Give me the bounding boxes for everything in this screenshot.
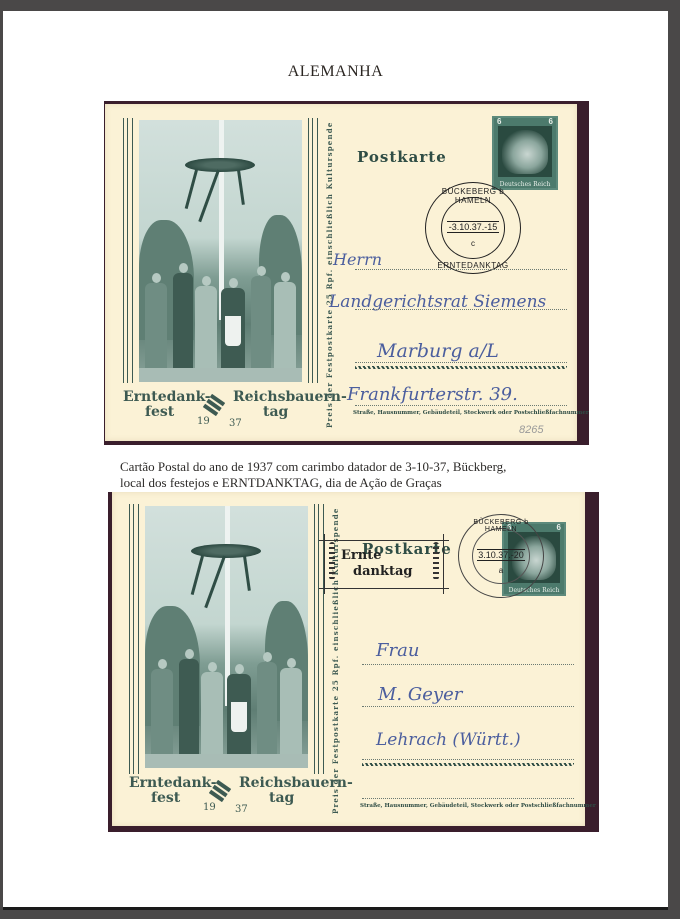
year-left: 19 bbox=[197, 416, 210, 427]
postmark-cancel: BÜCKEBERG b HAMELN 3.10.37.-20 a bbox=[458, 514, 544, 598]
slogan-cancel: Ernte danktag bbox=[324, 534, 444, 594]
album-page: ALEMANHA Erntedank- fest bbox=[3, 11, 668, 910]
pencil-note: 8265 bbox=[519, 424, 543, 436]
caption: Cartão Postal do ano de 1937 com carimbo… bbox=[120, 459, 540, 491]
postmark-cancel: BÜCKEBERG b HAMELN -3.10.37.-15 c ERNTED… bbox=[425, 182, 521, 274]
postkarte-header: Postkarte bbox=[357, 148, 447, 166]
address-line-3: Marburg a/L bbox=[377, 340, 499, 362]
postcard-1: Erntedank- fest 19 37 Reichsbauern- tag … bbox=[105, 104, 577, 441]
address-line-1: Frau bbox=[376, 640, 419, 661]
frame-rules-right bbox=[308, 118, 318, 383]
page-title: ALEMANHA bbox=[3, 63, 668, 81]
portrait-icon bbox=[502, 130, 548, 174]
frame-rules-left bbox=[129, 504, 139, 774]
harvest-festival-photo bbox=[145, 506, 308, 768]
address-line-2: M. Geyer bbox=[378, 684, 462, 705]
emblem-icon bbox=[203, 394, 225, 416]
address-line-4: Frankfurterstr. 39. bbox=[347, 384, 518, 405]
address-caption: Straße, Hausnummer, Gebäudeteil, Stockwe… bbox=[360, 803, 596, 809]
postcard-2: Erntedank- fest 19 37 Reichsbauern- tag … bbox=[112, 492, 585, 826]
frame-rules-right bbox=[314, 504, 324, 774]
year-left: 19 bbox=[203, 802, 216, 813]
postage-stamp: 6 6 Deutsches Reich bbox=[492, 116, 558, 190]
address-line-3: Lehrach (Württ.) bbox=[376, 730, 521, 750]
frame-rules-left bbox=[123, 118, 133, 383]
emblem-icon bbox=[209, 780, 231, 802]
harvest-festival-photo bbox=[139, 120, 302, 382]
address-line-1: Herrn bbox=[333, 250, 382, 269]
price-imprint: Preis der Festpostkarte 25 Rpf. einschli… bbox=[325, 118, 334, 428]
address-caption: Straße, Hausnummer, Gebäudeteil, Stockwe… bbox=[353, 410, 589, 416]
